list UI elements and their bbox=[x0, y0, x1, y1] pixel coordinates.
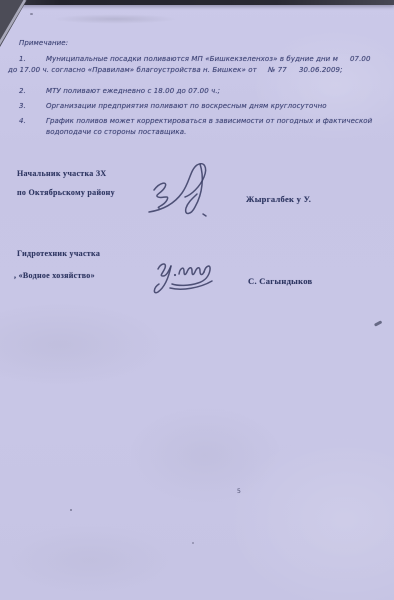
item-1-doc-date: 30.06.2009; bbox=[299, 66, 343, 74]
note-heading: Примечание: bbox=[19, 39, 68, 47]
signature-1-scribble bbox=[146, 159, 224, 221]
signature-1-title-line1: Начальник участка ЗХ bbox=[17, 169, 107, 178]
speck bbox=[70, 509, 72, 511]
signature-2-title-line2: , «Водное хозяйство» bbox=[14, 271, 95, 280]
item-2-number: 2. bbox=[19, 87, 26, 95]
scanner-top-edge bbox=[0, 0, 394, 5]
item-3-number: 3. bbox=[19, 102, 26, 110]
item-1-doc-number: № 77 bbox=[268, 66, 287, 74]
page-number: 5 bbox=[237, 488, 241, 495]
signatory-1-name: Жыргалбек у У. bbox=[246, 194, 311, 204]
item-4-line2: водоподачи со стороны поставщика. bbox=[46, 128, 186, 136]
scanned-document-page: Примечание: 1. Муниципальные посадки пол… bbox=[0, 0, 394, 600]
signature-2-title-line1: Гидротехник участка bbox=[17, 249, 100, 258]
ink-speck bbox=[374, 320, 382, 326]
item-1-time: 07.00 bbox=[350, 55, 371, 63]
item-4-number: 4. bbox=[19, 117, 26, 125]
item-2-text: МТУ поливают ежедневно с 18.00 до 07.00 … bbox=[46, 87, 220, 95]
speck bbox=[192, 542, 194, 544]
item-1-text: Муниципальные посадки поливаются МП «Биш… bbox=[46, 55, 338, 63]
item-1-number: 1. bbox=[19, 55, 26, 63]
item-4-line1: График поливов может корректироваться в … bbox=[46, 117, 372, 125]
item-1-line2: до 17.00 ч. согласно «Правилам» благоуст… bbox=[8, 66, 257, 74]
signatory-2-name: С. Сагындыков bbox=[248, 276, 312, 286]
item-3-text: Организации предприятия поливают по воск… bbox=[46, 102, 327, 110]
signature-2-scribble bbox=[148, 257, 222, 303]
signature-1-title-line2: по Октябрьскому району bbox=[17, 188, 115, 197]
speck bbox=[30, 13, 33, 15]
